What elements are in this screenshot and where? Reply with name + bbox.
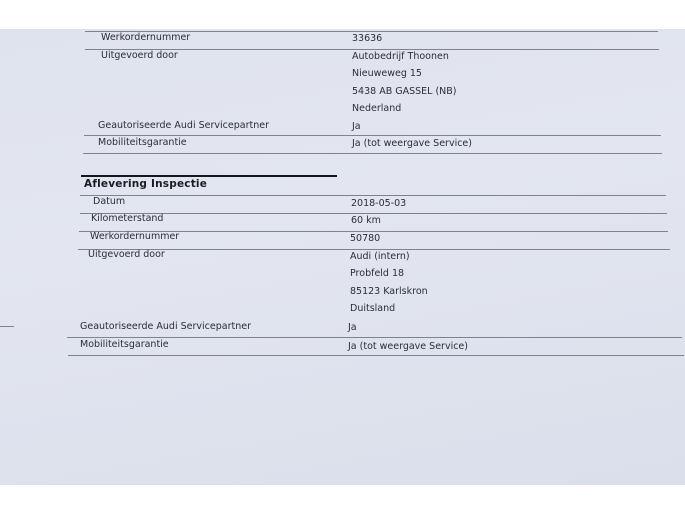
divider bbox=[80, 195, 666, 196]
value-uitgevoerd-door-2-line3: 85123 Karlskron bbox=[350, 286, 428, 298]
value-mobiliteitsgarantie: Ja (tot weergave Service) bbox=[352, 138, 472, 150]
divider bbox=[80, 213, 667, 214]
value-uitgevoerd-door-line1: Autobedrijf Thoonen bbox=[352, 51, 449, 63]
divider bbox=[84, 135, 661, 136]
value-kilometerstand: 60 km bbox=[351, 215, 381, 227]
label-uitgevoerd-door: Uitgevoerd door bbox=[101, 50, 178, 62]
value-servicepartner: Ja bbox=[352, 121, 361, 133]
edge-mark bbox=[0, 326, 14, 327]
label-servicepartner: Geautoriseerde Audi Servicepartner bbox=[98, 120, 269, 132]
value-uitgevoerd-door-line3: 5438 AB GASSEL (NB) bbox=[352, 86, 457, 98]
divider bbox=[83, 153, 662, 154]
value-mobiliteitsgarantie-2: Ja (tot weergave Service) bbox=[348, 341, 468, 353]
label-kilometerstand: Kilometerstand bbox=[91, 213, 163, 225]
label-servicepartner-2: Geautoriseerde Audi Servicepartner bbox=[80, 321, 251, 333]
section-title: Aflevering Inspectie bbox=[84, 178, 207, 190]
label-mobiliteitsgarantie-2: Mobiliteitsgarantie bbox=[80, 339, 169, 351]
value-uitgevoerd-door-2-line4: Duitsland bbox=[350, 303, 395, 315]
value-uitgevoerd-door-line2: Nieuweweg 15 bbox=[352, 68, 422, 80]
section-heading-bar bbox=[81, 175, 337, 177]
label-datum: Datum bbox=[93, 196, 125, 208]
label-mobiliteitsgarantie: Mobiliteitsgarantie bbox=[98, 137, 187, 149]
value-werkordernummer-2: 50780 bbox=[350, 233, 380, 245]
label-werkordernummer: Werkordernummer bbox=[101, 32, 190, 44]
label-uitgevoerd-door-2: Uitgevoerd door bbox=[88, 249, 165, 261]
value-servicepartner-2: Ja bbox=[348, 322, 357, 334]
divider bbox=[67, 337, 682, 338]
value-datum: 2018-05-03 bbox=[351, 198, 406, 210]
divider bbox=[68, 355, 684, 356]
value-werkordernummer: 33636 bbox=[352, 33, 382, 45]
divider bbox=[78, 249, 670, 250]
value-uitgevoerd-door-line4: Nederland bbox=[352, 103, 401, 115]
label-werkordernummer-2: Werkordernummer bbox=[90, 231, 179, 243]
value-uitgevoerd-door-2-line2: Probfeld 18 bbox=[350, 268, 404, 280]
value-uitgevoerd-door-2-line1: Audi (intern) bbox=[350, 251, 410, 263]
